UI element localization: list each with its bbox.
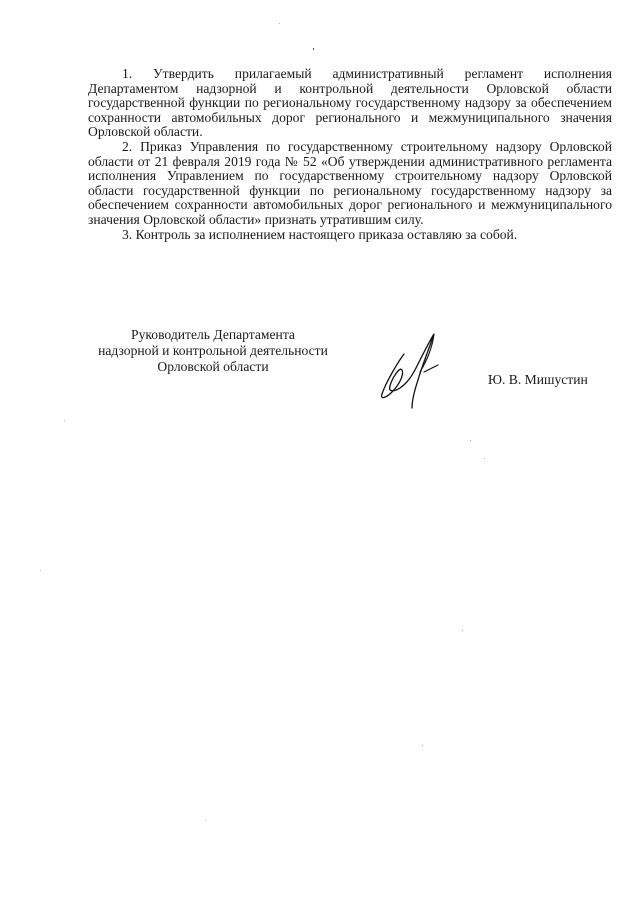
signatory-title-line-1: Руководитель Департамента — [88, 327, 338, 343]
signatory-name: Ю. В. Мишустин — [488, 372, 588, 388]
scan-speck — [462, 630, 463, 631]
paragraph-2: 2. Приказ Управления по государственному… — [88, 140, 612, 228]
document-body: 1. Утвердить прилагаемый административны… — [88, 67, 612, 242]
scan-speck — [470, 440, 471, 441]
scan-speck — [313, 48, 314, 50]
signatory-title-line-3: Орловской области — [88, 359, 338, 375]
scan-speck — [422, 745, 423, 746]
scan-speck — [40, 570, 41, 571]
paragraph-3: 3. Контроль за исполнением настоящего пр… — [88, 228, 612, 243]
document-page: 1. Утвердить прилагаемый административны… — [0, 0, 640, 905]
signatory-title: Руководитель Департамента надзорной и ко… — [88, 327, 338, 375]
scan-speck — [484, 458, 485, 459]
handwritten-signature-icon — [378, 332, 442, 410]
signatory-title-line-2: надзорной и контрольной деятельности — [88, 343, 338, 359]
scan-speck — [279, 23, 280, 24]
signature-block: Руководитель Департамента надзорной и ко… — [88, 327, 612, 417]
scan-speck — [64, 420, 65, 421]
paragraph-1: 1. Утвердить прилагаемый административны… — [88, 67, 612, 140]
scan-speck — [205, 820, 206, 821]
